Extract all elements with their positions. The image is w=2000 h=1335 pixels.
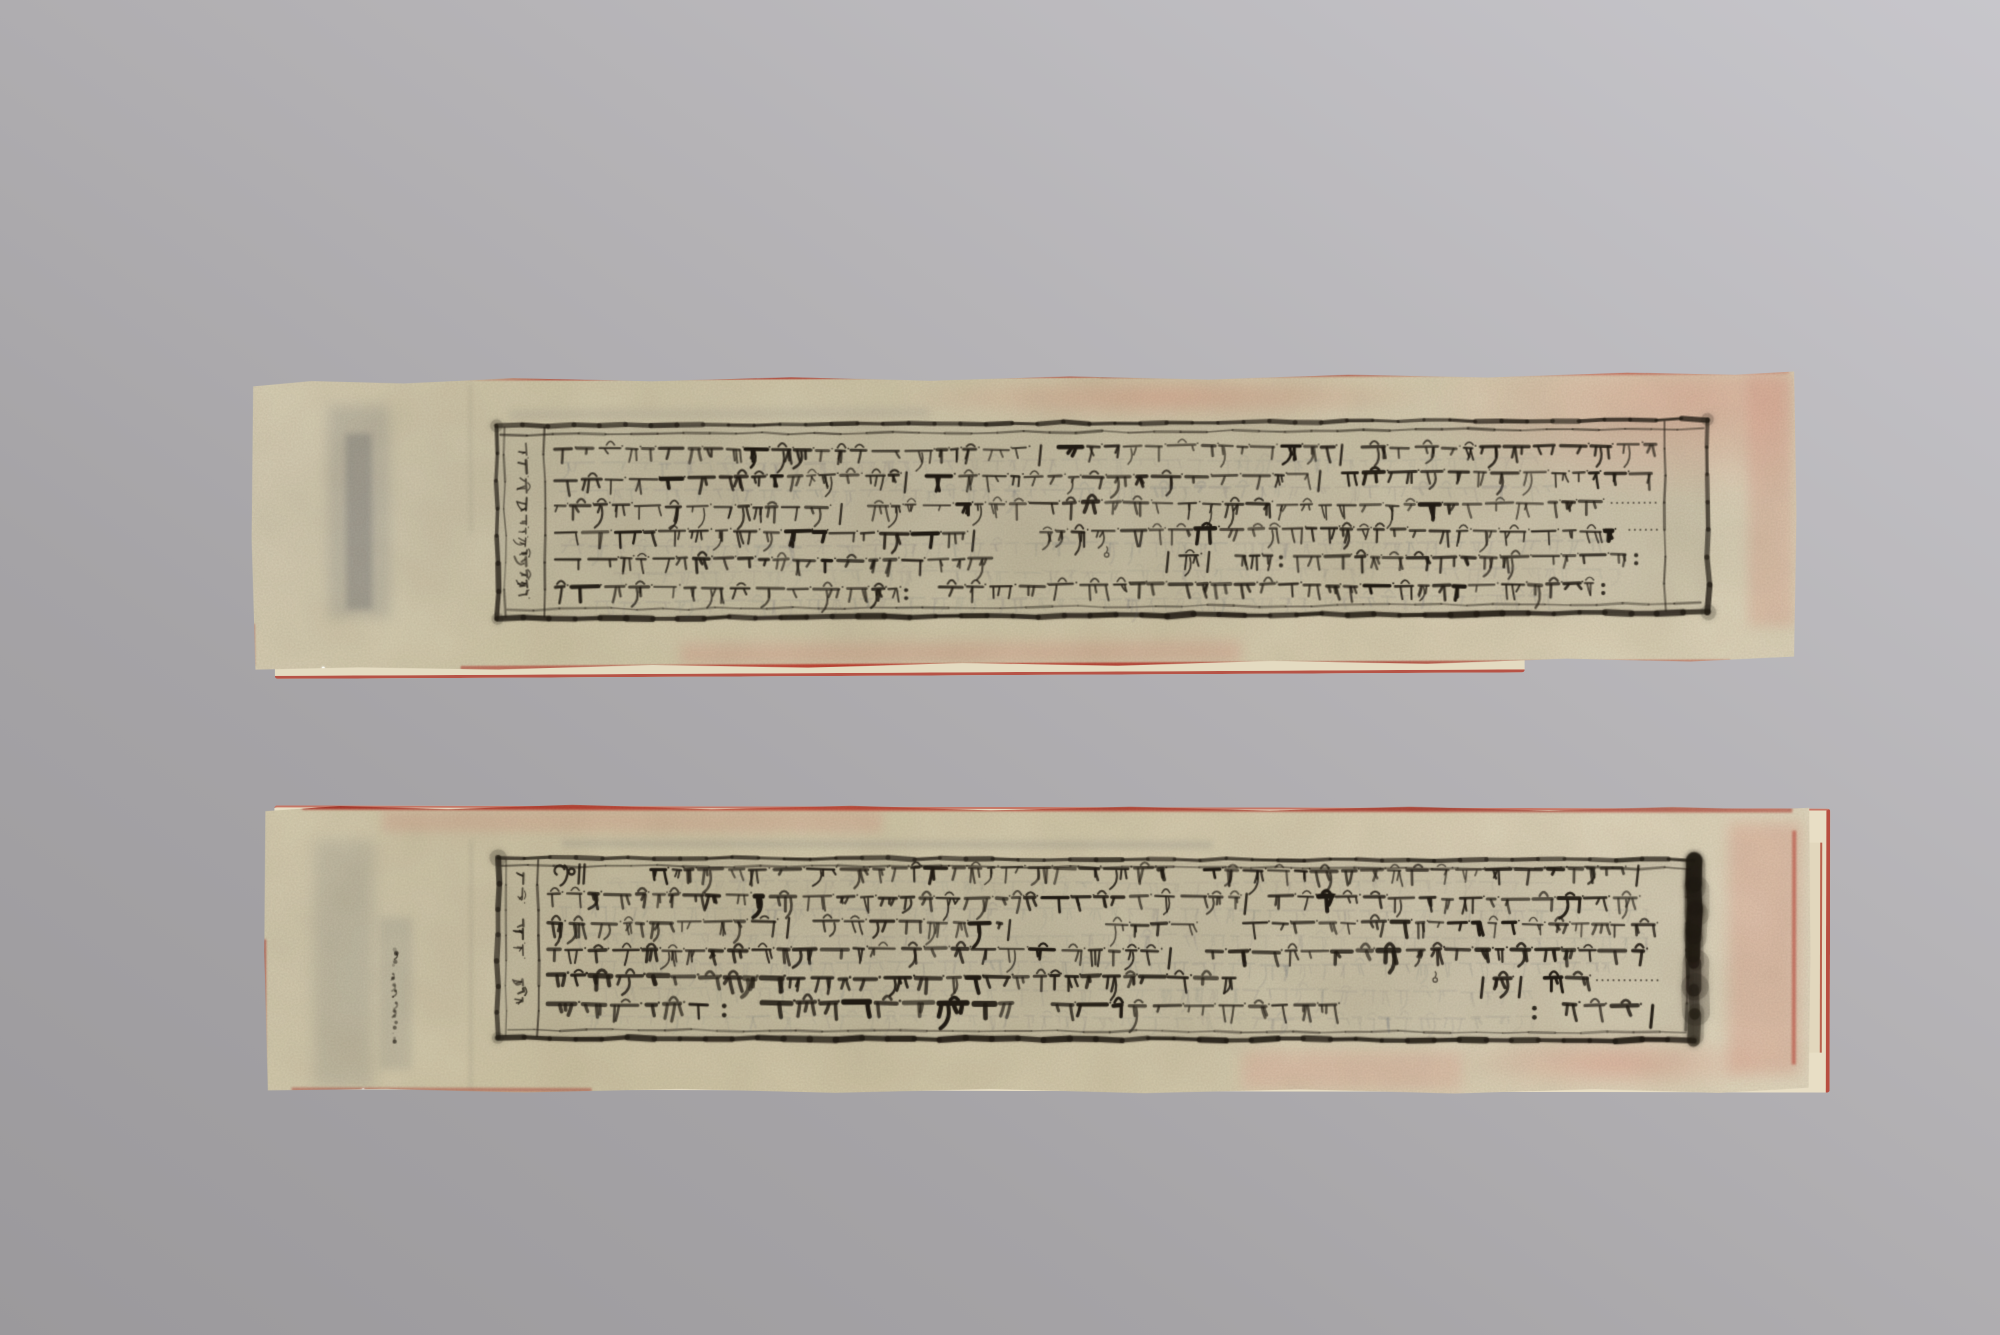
photo-of-manuscript: { "artifact": { "description": "Photogra… — [0, 0, 2000, 1335]
woodblock-print-canvas-lower — [262, 799, 1813, 1096]
upper-folio-paper — [249, 368, 1799, 672]
upper-folio — [249, 368, 1799, 672]
red-edge-left-corner — [251, 624, 255, 666]
woodblock-print-canvas-upper — [249, 368, 1799, 672]
lower-folio — [262, 799, 1813, 1096]
paper-speck — [362, 1089, 365, 1092]
lower-folio-paper — [262, 799, 1813, 1096]
